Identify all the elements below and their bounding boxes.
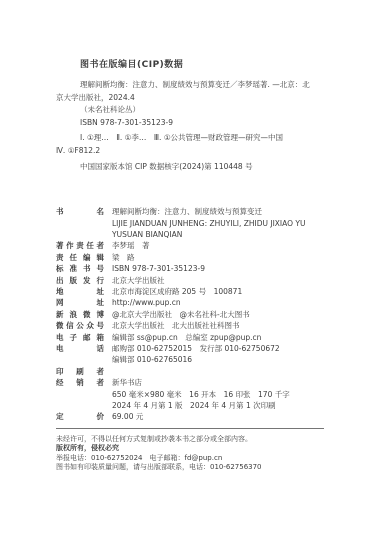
colophon-row-format: 650 毫米×980 毫米 16 开本 16 印张 170 千字 [56, 389, 324, 400]
row-value: 北京市海淀区成府路 205 号 100871 [112, 286, 324, 297]
row-value: 梁 路 [112, 252, 324, 263]
colophon-row-weibo: 新浪微博 @北京大学出版社 @未名社科-北大图书 [56, 309, 324, 320]
colophon-row-price: 定价 69.00 元 [56, 411, 324, 422]
cip-block: 图书在版编目(CIP)数据 理解间断均衡：注意力、制度绩效与预算变迁／李梦瑶著.… [56, 57, 324, 173]
row-label: 书名 [56, 206, 104, 217]
row-value: 编辑部 ss@pup.cn 总编室 zpup@pup.cn [112, 332, 324, 343]
cip-registration-line: 中国国家版本馆 CIP 数据核字(2024)第 110448 号 [56, 161, 324, 174]
row-label: 定价 [56, 411, 104, 422]
colophon-row-printer: 印刷者 [56, 366, 324, 377]
row-value: 69.00 元 [112, 411, 324, 422]
colophon-row-phone: 电话 邮购部 010-62752015 发行部 010-62750672 [56, 343, 324, 354]
row-label: 印刷者 [56, 366, 104, 377]
row-label: 著作责任者 [56, 240, 104, 251]
colophon-row-title: 书名 理解间断均衡：注意力、制度绩效与预算变迁 [56, 206, 324, 217]
colophon-row-isbn: 标准书号 ISBN 978-7-301-35123-9 [56, 263, 324, 274]
row-label: 标准书号 [56, 263, 104, 274]
row-value: ISBN 978-7-301-35123-9 [112, 263, 324, 274]
colophon-row-distributor: 经销者 新华书店 [56, 377, 324, 388]
row-label: 地址 [56, 286, 104, 297]
colophon-row-wechat: 微信公众号 北京大学出版社 北大出版社社科图书 [56, 320, 324, 331]
copyright-notice: 未经许可，不得以任何方式复制或抄袭本书之部分或全部内容。 [56, 435, 324, 445]
row-label: 微信公众号 [56, 320, 104, 331]
cip-description-line: 京大学出版社，2024.4 [56, 92, 324, 105]
row-value: LIJIE JIANDUAN JUNHENG: ZHUYILI, ZHIDU J… [112, 218, 324, 229]
colophon-row-author: 著作责任者 李梦瑶 著 [56, 240, 324, 251]
row-value: 邮购部 010-62752015 发行部 010-62750672 [112, 343, 324, 354]
colophon-row-title-pinyin: LIJIE JIANDUAN JUNHENG: ZHUYILI, ZHIDU J… [56, 218, 324, 229]
colophon-page: 图书在版编目(CIP)数据 理解间断均衡：注意力、制度绩效与预算变迁／李梦瑶著.… [0, 0, 375, 549]
colophon-row-email: 电子邮箱 编辑部 ss@pup.cn 总编室 zpup@pup.cn [56, 332, 324, 343]
colophon-row-publisher: 出版发行 北京大学出版社 [56, 275, 324, 286]
cip-series-line: （未名社科论丛） [56, 104, 324, 117]
row-label [56, 354, 104, 365]
cip-classification-line: Ⅳ. ①F812.2 [56, 145, 324, 158]
divider-rule [56, 428, 324, 429]
report-contact: 举报电话：010-62752024 电子邮箱：fd@pup.cn [56, 454, 324, 464]
row-label: 经销者 [56, 377, 104, 388]
row-label: 电子邮箱 [56, 332, 104, 343]
colophon-row-edition: 2024 年 4 月第 1 版 2024 年 4 月第 1 次印刷 [56, 400, 324, 411]
row-value [112, 366, 324, 377]
colophon-row-editor: 责任编辑 梁 路 [56, 252, 324, 263]
colophon-table: 书名 理解间断均衡：注意力、制度绩效与预算变迁 LIJIE JIANDUAN J… [56, 206, 324, 423]
row-label [56, 229, 104, 240]
row-label [56, 218, 104, 229]
colophon-row-address: 地址 北京市海淀区成府路 205 号 100871 [56, 286, 324, 297]
copyright-footer: 未经许可，不得以任何方式复制或抄袭本书之部分或全部内容。 版权所有，侵权必究 举… [56, 435, 324, 473]
row-value: YUSUAN BIANQIAN [112, 229, 324, 240]
row-label [56, 400, 104, 411]
rights-statement: 版权所有，侵权必究 [56, 444, 324, 454]
row-value: 650 毫米×980 毫米 16 开本 16 印张 170 千字 [112, 389, 324, 400]
row-value: 李梦瑶 著 [112, 240, 324, 251]
row-value: 北京大学出版社 [112, 275, 324, 286]
cip-classification-line: Ⅰ. ①理… Ⅱ. ①李… Ⅲ. ①公共管理—财政管理—研究—中国 [56, 132, 324, 145]
row-value: 编辑部 010-62765016 [112, 354, 324, 365]
colophon-row-title-pinyin: YUSUAN BIANQIAN [56, 229, 324, 240]
row-label [56, 389, 104, 400]
cip-description-line: 理解间断均衡：注意力、制度绩效与预算变迁／李梦瑶著. —北京：北 [56, 79, 324, 92]
page-content: 图书在版编目(CIP)数据 理解间断均衡：注意力、制度绩效与预算变迁／李梦瑶著.… [56, 57, 324, 473]
colophon-row-website: 网址 http://www.pup.cn [56, 297, 324, 308]
row-label: 出版发行 [56, 275, 104, 286]
row-label: 新浪微博 [56, 309, 104, 320]
row-value: http://www.pup.cn [112, 297, 324, 308]
row-value: @北京大学出版社 @未名社科-北大图书 [112, 309, 324, 320]
row-label: 责任编辑 [56, 252, 104, 263]
quality-notice: 图书如有印装质量问题，请与出版部联系，电话：010-62756370 [56, 463, 324, 473]
cip-isbn-line: ISBN 978-7-301-35123-9 [56, 117, 324, 130]
row-value: 新华书店 [112, 377, 324, 388]
row-value: 北京大学出版社 北大出版社社科图书 [112, 320, 324, 331]
colophon-row-phone: 编辑部 010-62765016 [56, 354, 324, 365]
row-value: 理解间断均衡：注意力、制度绩效与预算变迁 [112, 206, 324, 217]
row-label: 网址 [56, 297, 104, 308]
cip-heading: 图书在版编目(CIP)数据 [80, 57, 324, 70]
row-value: 2024 年 4 月第 1 版 2024 年 4 月第 1 次印刷 [112, 400, 324, 411]
row-label: 电话 [56, 343, 104, 354]
